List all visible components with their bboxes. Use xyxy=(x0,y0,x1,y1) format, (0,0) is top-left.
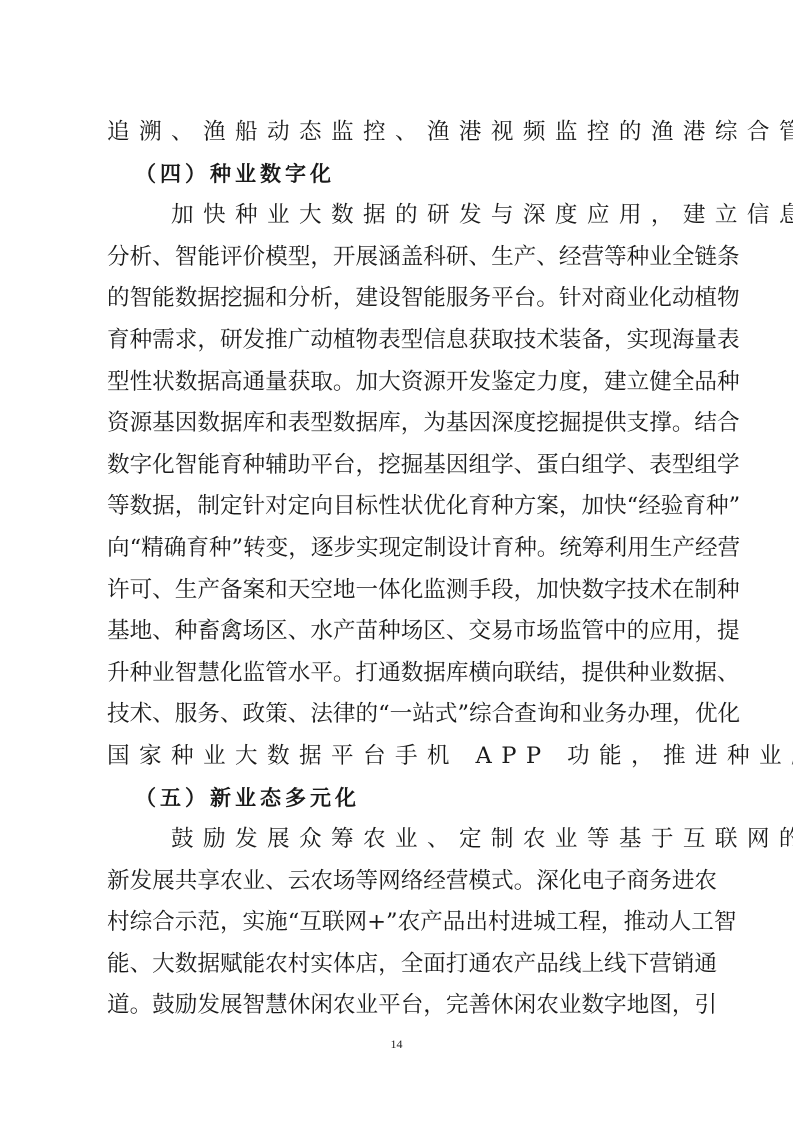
paragraph-line: 资源基因数据库和表型数据库，为基因深度挖掘提供支撑。结合 xyxy=(107,403,689,445)
paragraph-seed-industry: 加快种业大数据的研发与深度应用，建立信息抓取、多维度 分析、智能评价模型，开展涵… xyxy=(107,195,689,777)
paragraph-line: 能、大数据赋能农村实体店，全面打通农产品线上线下营销通 xyxy=(107,944,689,986)
paragraph-line: 追溯、渔船动态监控、渔港视频监控的渔港综合管理系统。 xyxy=(107,112,689,154)
page-number: 14 xyxy=(0,1037,793,1052)
paragraph-line: 加快种业大数据的研发与深度应用，建立信息抓取、多维度 xyxy=(107,195,689,237)
paragraph-line: 国家种业大数据平台手机 APP 功能，推进种业服务模式创新。 xyxy=(107,736,689,778)
paragraph-line: 型性状数据高通量获取。加大资源开发鉴定力度，建立健全品种 xyxy=(107,362,689,404)
paragraph-line: 育种需求，研发推广动植物表型信息获取技术装备，实现海量表 xyxy=(107,320,689,362)
paragraph-line: 新发展共享农业、云农场等网络经营模式。深化电子商务进农 xyxy=(107,861,689,903)
paragraph-line: 基地、种畜禽场区、水产苗种场区、交易市场监管中的应用，提 xyxy=(107,611,689,653)
paragraph-line: 鼓励发展众筹农业、定制农业等基于互联网的新业态，创 xyxy=(107,819,689,861)
section-heading-4: （四）种业数字化 xyxy=(107,154,689,196)
paragraph-line: 村综合示范，实施“互联网+”农产品出村进城工程，推动人工智 xyxy=(107,902,689,944)
paragraph-line: 的智能数据挖掘和分析，建设智能服务平台。针对商业化动植物 xyxy=(107,278,689,320)
paragraph-line: 升种业智慧化监管水平。打通数据库横向联结，提供种业数据、 xyxy=(107,653,689,695)
paragraph-line: 技术、服务、政策、法律的“一站式”综合查询和业务办理，优化 xyxy=(107,694,689,736)
paragraph-line: 许可、生产备案和天空地一体化监测手段，加快数字技术在制种 xyxy=(107,570,689,612)
paragraph-line: 道。鼓励发展智慧休闲农业平台，完善休闲农业数字地图，引 xyxy=(107,985,689,1027)
paragraph-line: 数字化智能育种辅助平台，挖掘基因组学、蛋白组学、表型组学 xyxy=(107,445,689,487)
paragraph-line: 向“精确育种”转变，逐步实现定制设计育种。统筹利用生产经营 xyxy=(107,528,689,570)
paragraph-line: 分析、智能评价模型，开展涵盖科研、生产、经营等种业全链条 xyxy=(107,237,689,279)
section-heading-5: （五）新业态多元化 xyxy=(107,778,689,820)
document-page: 追溯、渔船动态监控、渔港视频监控的渔港综合管理系统。 （四）种业数字化 加快种业… xyxy=(107,112,689,1027)
paragraph-new-business: 鼓励发展众筹农业、定制农业等基于互联网的新业态，创 新发展共享农业、云农场等网络… xyxy=(107,819,689,1027)
paragraph-line: 等数据，制定针对定向目标性状优化育种方案，加快“经验育种” xyxy=(107,486,689,528)
